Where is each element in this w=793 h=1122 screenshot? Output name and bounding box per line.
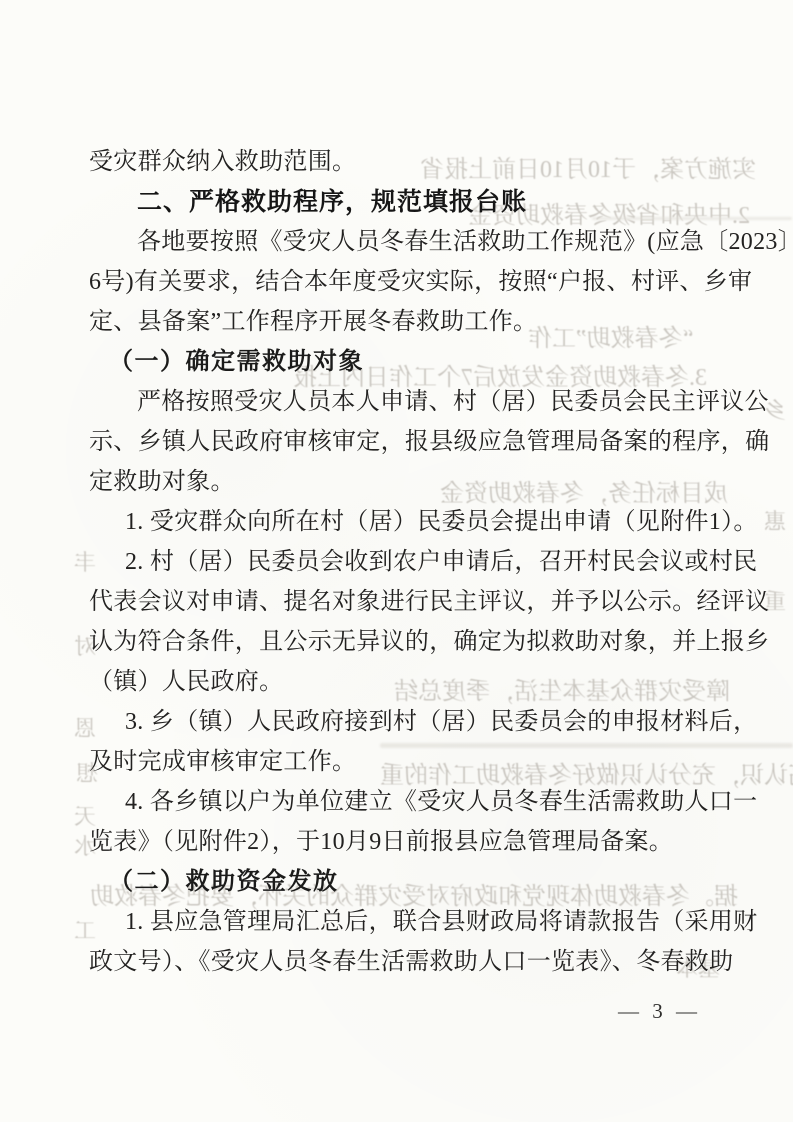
text-line: （一）确定需救助对象	[89, 342, 779, 382]
text-line: 1. 县应急管理局汇总后，联合县财政局将请款报告（采用财	[89, 902, 779, 942]
text-line: 示、乡镇人民政府审核审定，报县级应急管理局备案的程序，确	[89, 422, 779, 462]
text-line: 及时完成审核审定工作。	[89, 742, 779, 782]
text-line: 览表》（见附件2），于10月9日前报县应急管理局备案。	[89, 822, 779, 862]
text-line: 严格按照受灾人员本人申请、村（居）民委员会民主评议公	[89, 382, 779, 422]
text-line: 4. 各乡镇以户为单位建立《受灾人员冬春生活需救助人口一	[89, 782, 779, 822]
text-line: 2. 村（居）民委员会收到农户申请后，召开村民会议或村民	[89, 542, 779, 582]
text-line: 二、严格救助程序，规范填报台账	[89, 182, 779, 222]
text-line: 各地要按照《受灾人员冬春生活救助工作规范》(应急〔2023〕	[89, 222, 779, 262]
text-line: 定、县备案”工作程序开展冬春救助工作。	[89, 302, 779, 342]
text-line: 1. 受灾群众向所在村（居）民委员会提出申请（见附件1）。	[89, 502, 779, 542]
text-line: 6号)有关要求，结合本年度受灾实际，按照“户报、村评、乡审	[89, 262, 779, 302]
document-page: 实施方案，于10月10日前上报省2.中央和省级冬春救助资金“冬春救助”工作3.冬…	[0, 0, 793, 1122]
text-line: （镇）人民政府。	[89, 662, 779, 702]
text-line: 认为符合条件，且公示无异议的，确定为拟救助对象，并上报乡	[89, 622, 779, 662]
text-line: 定救助对象。	[89, 462, 779, 502]
text-block: 受灾群众纳入救助范围。二、严格救助程序，规范填报台账各地要按照《受灾人员冬春生活…	[89, 142, 779, 982]
text-line: 受灾群众纳入救助范围。	[89, 142, 779, 182]
text-line: 代表会议对申请、提名对象进行民主评议，并予以公示。经评议	[89, 582, 779, 622]
page-number: — 3 —	[618, 999, 701, 1024]
text-line: 3. 乡（镇）人民政府接到村（居）民委员会的申报材料后，	[89, 702, 779, 742]
text-line: 政文号）、《受灾人员冬春生活需救助人口一览表》、冬春救助	[89, 942, 779, 982]
text-line: （二）救助资金发放	[89, 862, 779, 902]
